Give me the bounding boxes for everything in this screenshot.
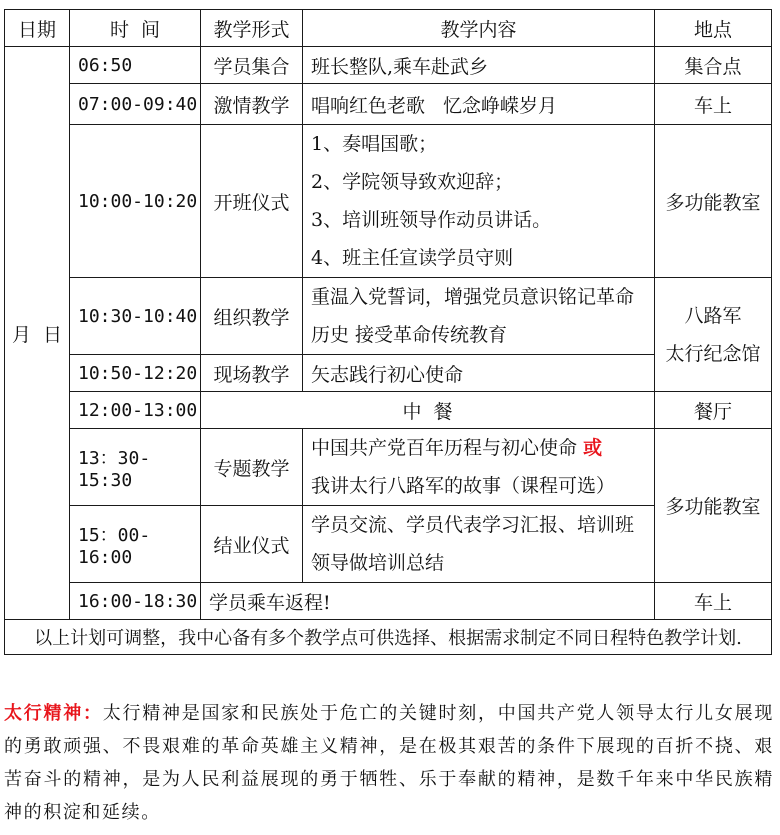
content-line: 1、奏唱国歌； bbox=[311, 125, 654, 163]
location-cell-museum: 八路军 太行纪念馆 bbox=[655, 278, 772, 392]
content-line: 学员交流、学员代表学习汇报、培训班 bbox=[311, 506, 654, 544]
content-line: 重温入党誓词，增强党员意识铭记革命 bbox=[311, 278, 654, 316]
spirit-text: 太行精神是国家和民族处于危亡的关键时刻，中国共产党人领导太行儿女展现的勇敢顽强、… bbox=[4, 703, 774, 823]
location-cell: 车上 bbox=[655, 84, 772, 125]
date-value: 月 日 bbox=[12, 324, 62, 346]
header-time: 时 间 bbox=[70, 10, 201, 47]
header-content: 教学内容 bbox=[303, 10, 655, 47]
location-cell: 车上 bbox=[655, 583, 772, 620]
form-cell: 开班仪式 bbox=[201, 125, 303, 278]
location-cell: 集合点 bbox=[655, 47, 772, 84]
location-cell: 多功能教室 bbox=[655, 125, 772, 278]
time-cell: 07:00-09:40 bbox=[70, 84, 201, 125]
content-cell: 矢志践行初心使命 bbox=[303, 355, 655, 392]
table-row: 10:00-10:20 开班仪式 1、奏唱国歌； 2、学院领导致欢迎辞； 3、培… bbox=[5, 125, 772, 278]
table-row: 10:30-10:40 组织教学 重温入党誓词，增强党员意识铭记革命 历史 接受… bbox=[5, 278, 772, 355]
time-cell: 15：00-16:00 bbox=[70, 506, 201, 583]
content-line: 中国共产党百年历程与初心使命 或 bbox=[311, 429, 654, 467]
content-cell: 唱响红色老歌忆念峥嵘岁月 bbox=[303, 84, 655, 125]
content-line: 3、培训班领导作动员讲话。 bbox=[311, 201, 654, 239]
footer-note: 以上计划可调整，我中心备有多个教学点可供选择、根据需求制定不同日程特色教学计划. bbox=[5, 620, 772, 655]
form-cell: 结业仪式 bbox=[201, 506, 303, 583]
header-row: 日期 时 间 教学形式 教学内容 地点 bbox=[5, 10, 772, 47]
form-cell: 现场教学 bbox=[201, 355, 303, 392]
table-row: 月 日 06:50 学员集合 班长整队,乘车赴武乡 集合点 bbox=[5, 47, 772, 84]
time-cell: 06:50 bbox=[70, 47, 201, 84]
content-line: 4、班主任宣读学员守则 bbox=[311, 239, 654, 277]
time-cell: 13：30-15:30 bbox=[70, 429, 201, 506]
merged-cell-lunch: 中 餐 bbox=[201, 392, 655, 429]
table-row: 16:00-18:30 学员乘车返程! 车上 bbox=[5, 583, 772, 620]
time-cell: 16:00-18:30 bbox=[70, 583, 201, 620]
form-cell: 组织教学 bbox=[201, 278, 303, 355]
or-highlight: 或 bbox=[583, 437, 602, 459]
content-cell: 1、奏唱国歌； 2、学院领导致欢迎辞； 3、培训班领导作动员讲话。 4、班主任宣… bbox=[303, 125, 655, 278]
time-cell: 12:00-13:00 bbox=[70, 392, 201, 429]
footer-row: 以上计划可调整，我中心备有多个教学点可供选择、根据需求制定不同日程特色教学计划. bbox=[5, 620, 772, 655]
location-cell: 餐厅 bbox=[655, 392, 772, 429]
taihang-spirit-paragraph: 太行精神：太行精神是国家和民族处于危亡的关键时刻，中国共产党人领导太行儿女展现的… bbox=[4, 697, 774, 829]
content-cell: 学员交流、学员代表学习汇报、培训班 领导做培训总结 bbox=[303, 506, 655, 583]
form-cell: 激情教学 bbox=[201, 84, 303, 125]
header-time-label: 时 间 bbox=[110, 19, 160, 41]
lunch-label: 中 餐 bbox=[402, 401, 452, 423]
location-line: 八路军 bbox=[655, 297, 771, 335]
schedule-table: 日期 时 间 教学形式 教学内容 地点 月 日 06:50 学员集合 班长整队,… bbox=[4, 9, 772, 655]
location-line: 太行纪念馆 bbox=[655, 335, 771, 373]
form-cell: 学员集合 bbox=[201, 47, 303, 84]
header-location: 地点 bbox=[655, 10, 772, 47]
content-line: 我讲太行八路军的故事（课程可选） bbox=[311, 467, 654, 505]
form-cell: 专题教学 bbox=[201, 429, 303, 506]
table-row: 07:00-09:40 激情教学 唱响红色老歌忆念峥嵘岁月 车上 bbox=[5, 84, 772, 125]
table-row: 13：30-15:30 专题教学 中国共产党百年历程与初心使命 或 我讲太行八路… bbox=[5, 429, 772, 506]
time-cell: 10:50-12:20 bbox=[70, 355, 201, 392]
header-date: 日期 bbox=[5, 10, 70, 47]
time-cell: 10:00-10:20 bbox=[70, 125, 201, 278]
spirit-label: 太行精神： bbox=[4, 703, 103, 724]
content-line-text: 中国共产党百年历程与初心使命 bbox=[311, 437, 577, 459]
header-form: 教学形式 bbox=[201, 10, 303, 47]
content-line: 历史 接受革命传统教育 bbox=[311, 316, 654, 354]
merged-cell-return: 学员乘车返程! bbox=[201, 583, 655, 620]
content-line: 2、学院领导致欢迎辞； bbox=[311, 163, 654, 201]
content-cell: 重温入党誓词，增强党员意识铭记革命 历史 接受革命传统教育 bbox=[303, 278, 655, 355]
content-part-a: 唱响红色老歌 bbox=[311, 95, 425, 117]
content-part-b: 忆念峥嵘岁月 bbox=[443, 95, 557, 117]
table-row: 12:00-13:00 中 餐 餐厅 bbox=[5, 392, 772, 429]
location-cell-classroom: 多功能教室 bbox=[655, 429, 772, 583]
date-cell: 月 日 bbox=[5, 47, 70, 620]
content-cell: 中国共产党百年历程与初心使命 或 我讲太行八路军的故事（课程可选） bbox=[303, 429, 655, 506]
content-cell: 班长整队,乘车赴武乡 bbox=[303, 47, 655, 84]
content-line: 领导做培训总结 bbox=[311, 544, 654, 582]
time-cell: 10:30-10:40 bbox=[70, 278, 201, 355]
